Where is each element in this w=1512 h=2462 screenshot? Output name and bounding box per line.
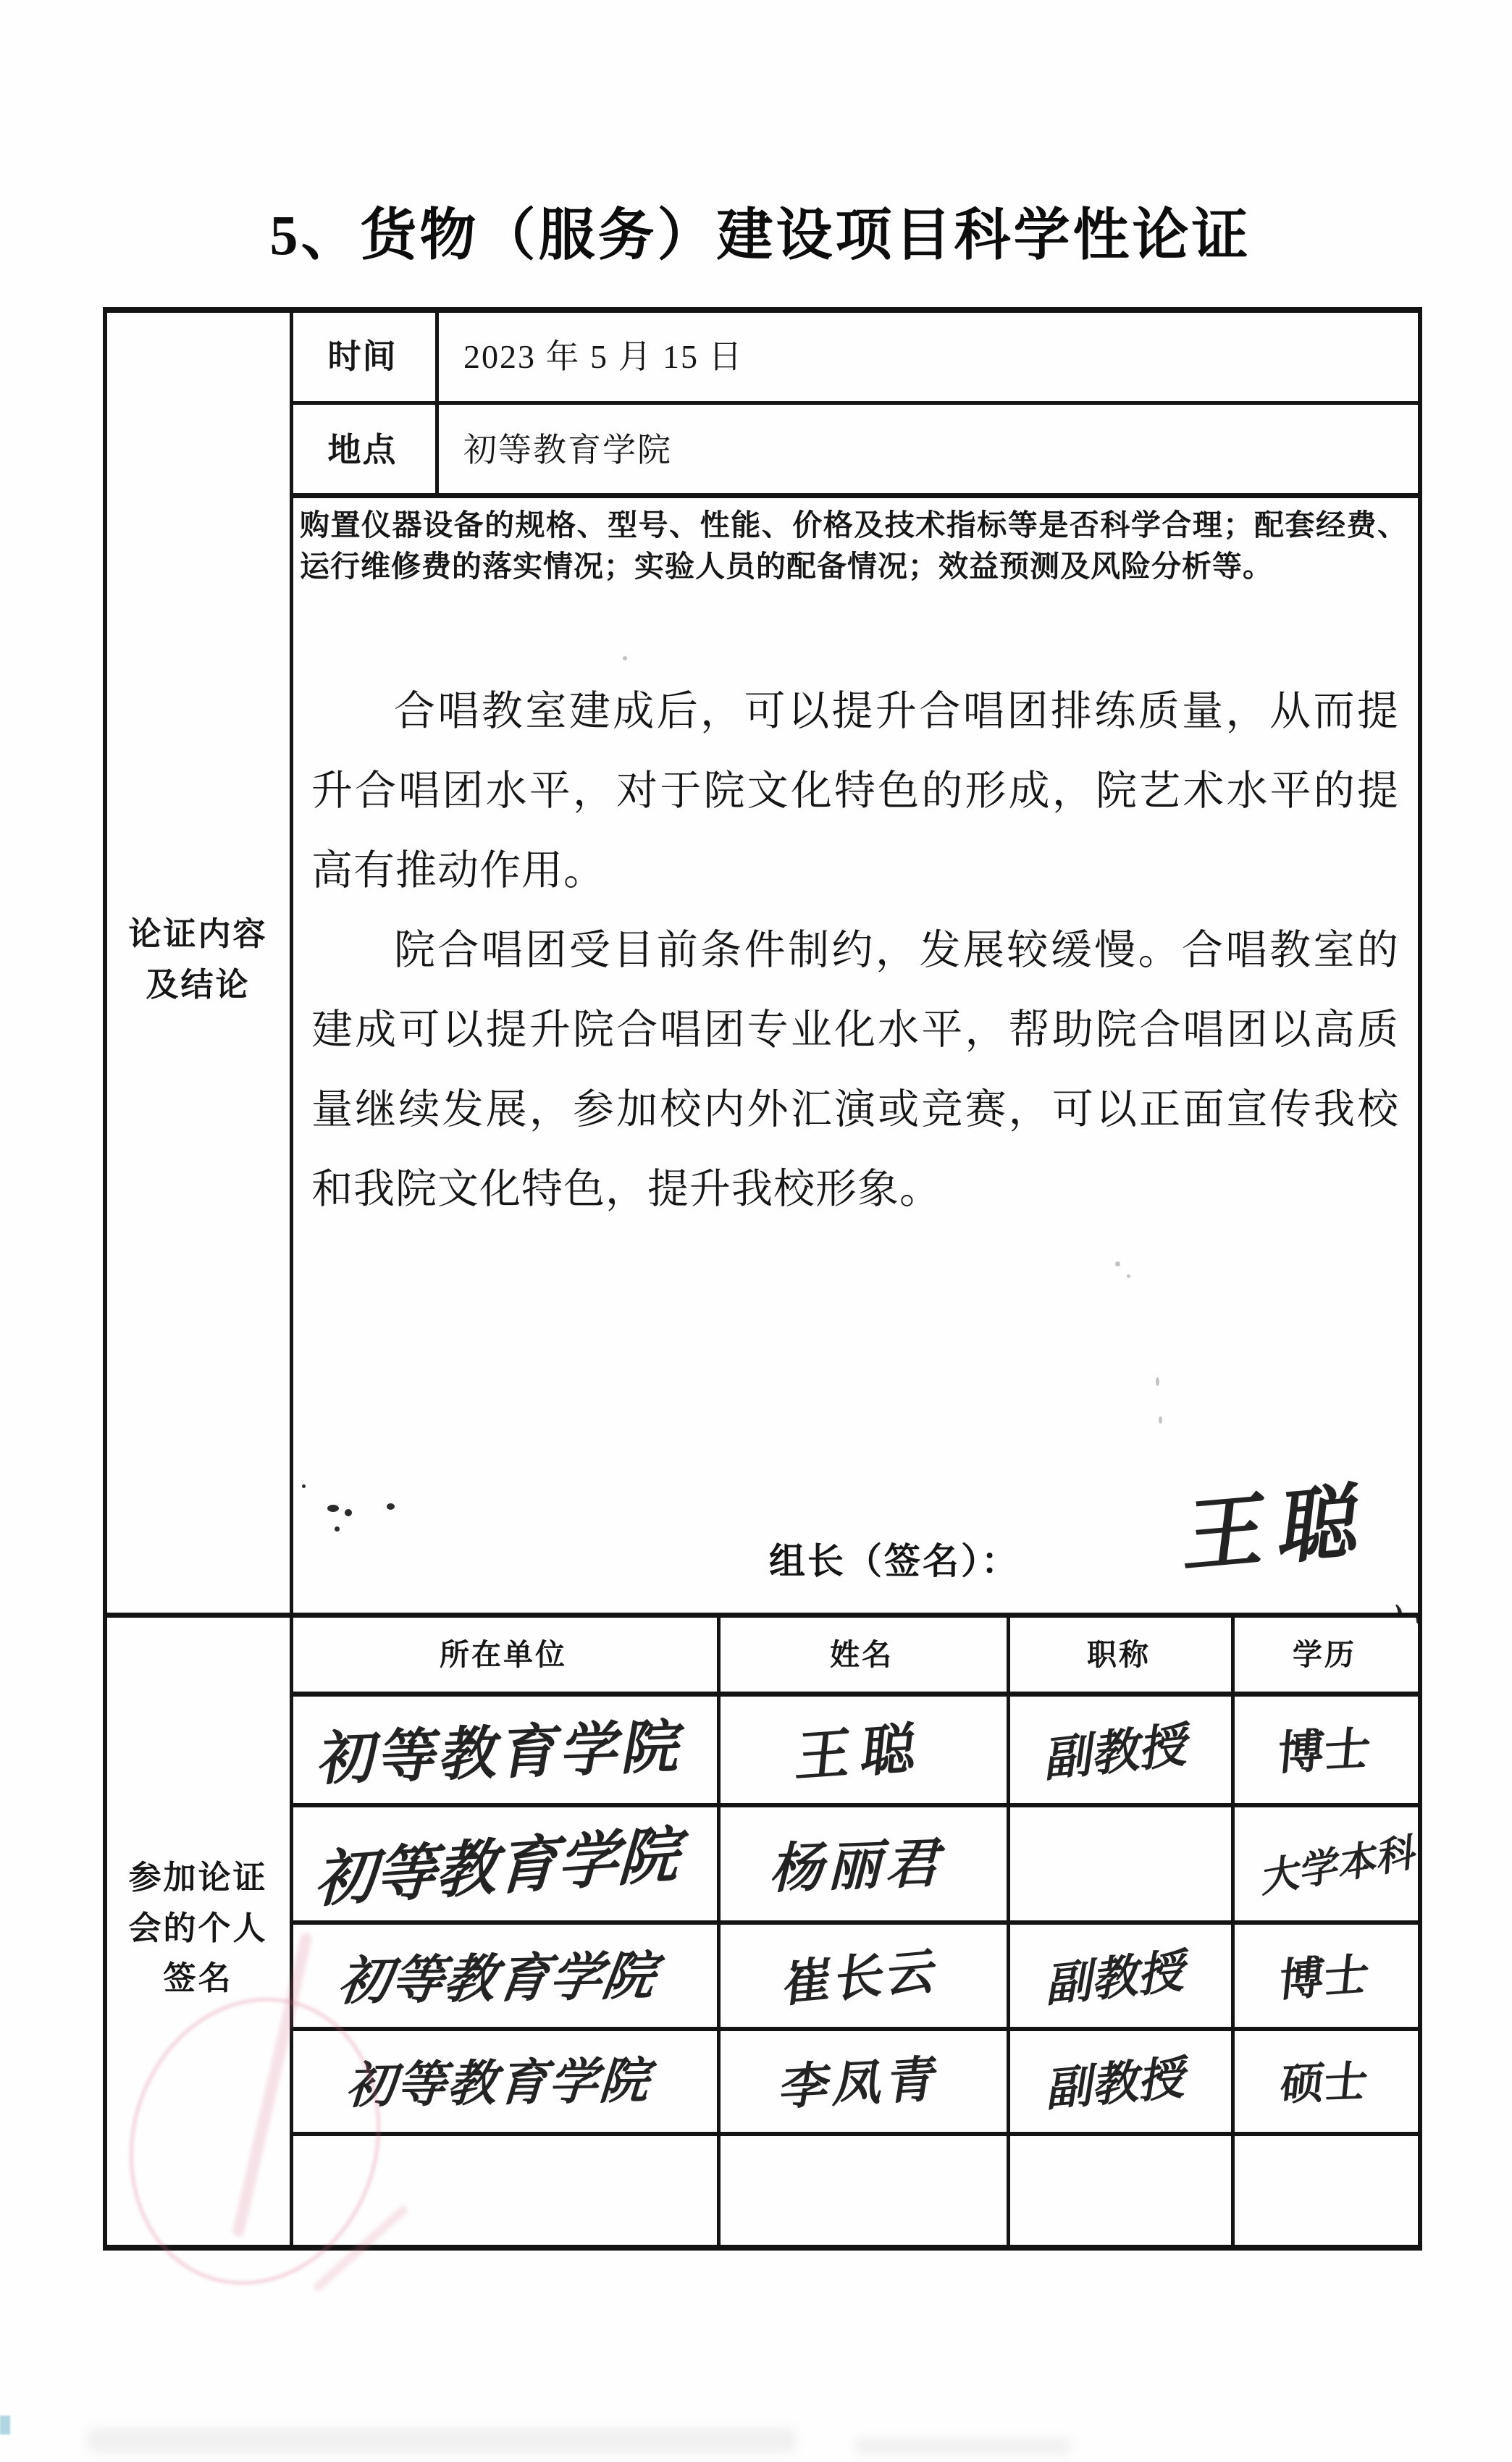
table-row-cell-name: 杨丽君 (717, 1803, 1007, 1920)
signature-degree-4: 硕士 (1277, 2046, 1371, 2112)
section-label-signatures-text: 参加论证会的个人签名 (127, 1853, 269, 2004)
ink-speck (387, 1503, 395, 1510)
place-value: 初等教育学院 (439, 401, 1418, 493)
table-row-cell-unit: 初等教育学院 (290, 1692, 717, 1803)
place-label: 地点 (290, 401, 435, 493)
time-label: 时间 (290, 307, 435, 401)
scan-mark (0, 2416, 10, 2434)
criteria-text: 购置仪器设备的规格、型号、性能、价格及技术指标等是否科学合理；配套经费、运行维修… (300, 505, 1408, 587)
table-row-cell-unit: 初等教育学院 (290, 1803, 717, 1920)
signature-name-2: 杨丽君 (765, 1820, 959, 1903)
signature-title-4: 副教授 (1044, 2039, 1193, 2119)
conclusion-text: 合唱教室建成后，可以提升合唱团排练质量，从而提升合唱团水平，对于院文化特色的形成… (311, 672, 1399, 1230)
signature-name-1: 王聪 (792, 1703, 931, 1792)
signature-name-4: 李凤青 (776, 2040, 947, 2119)
table-row-cell-name: 王聪 (717, 1692, 1007, 1803)
table-row-cell-degree: 博士 (1231, 1920, 1418, 2027)
column-header-name: 姓名 (717, 1613, 1007, 1692)
scan-speck (1159, 1416, 1162, 1424)
table-row-cell-title (1007, 2132, 1231, 2245)
table-border-right (1418, 307, 1422, 2251)
section-label-demonstration-text: 论证内容及结论 (127, 909, 269, 1011)
table-row-cell-name: 崔长云 (717, 1920, 1007, 2027)
scan-speck (623, 656, 627, 660)
signature-degree-2: 大学本科 (1261, 1820, 1419, 1904)
section-label-demonstration: 论证内容及结论 (106, 307, 290, 1613)
ink-speck (327, 1505, 339, 1512)
signature-unit-4: 初等教育学院 (340, 2041, 666, 2117)
page-title: 5、货物（服务）建设项目科学性论证 (103, 190, 1418, 271)
scan-speck (1115, 1261, 1120, 1266)
time-value: 2023 年 5 月 15 日 (439, 307, 1418, 401)
scanned-form-page: 5、货物（服务）建设项目科学性论证 时间 2023 年 5 月 15 日 地点 … (0, 0, 1512, 2462)
column-header-degree: 学历 (1231, 1613, 1418, 1692)
table-row-cell-title: 副教授 (1007, 1692, 1231, 1803)
ink-speck (302, 1484, 306, 1488)
table-row-cell-degree (1231, 2132, 1418, 2245)
demonstration-content-cell: 购置仪器设备的规格、型号、性能、价格及技术指标等是否科学合理；配套经费、运行维修… (290, 493, 1418, 1613)
signature-unit-3: 初等教育学院 (330, 1933, 676, 2014)
scan-shadow (854, 2437, 1072, 2455)
ink-speck (335, 1526, 340, 1532)
ink-speck (345, 1509, 352, 1516)
scan-shadow (87, 2427, 797, 2453)
column-header-unit: 所在单位 (290, 1613, 717, 1692)
leader-signature-label: 组长（签名）： (769, 1532, 1020, 1584)
table-row-cell-degree: 硕士 (1231, 2027, 1418, 2132)
table-row-cell-title (1007, 1803, 1231, 1920)
scan-speck (1127, 1274, 1130, 1278)
conclusion-paragraph-1: 合唱教室建成后，可以提升合唱团排练质量，从而提升合唱团水平，对于院文化特色的形成… (311, 672, 1399, 911)
scan-speck (1156, 1377, 1159, 1386)
table-row-cell-name: 李凤青 (717, 2027, 1007, 2132)
table-row-cell-name (717, 2132, 1007, 2245)
signature-unit-2: 初等教育学院 (308, 1805, 698, 1920)
signature-degree-3: 博士 (1276, 1938, 1372, 2009)
table-row-cell-degree: 博士 (1231, 1692, 1418, 1803)
leader-signature-handwriting: 王聪 (1179, 1454, 1381, 1589)
table-row-cell-title: 副教授 (1007, 1920, 1231, 2027)
table-row-cell-unit: 初等教育学院 (290, 1920, 717, 2027)
signature-title-1: 副教授 (1043, 1705, 1196, 1790)
signature-degree-1: 博士 (1275, 1711, 1374, 1783)
column-header-title: 职称 (1007, 1613, 1231, 1692)
table-row-cell-title: 副教授 (1007, 2027, 1231, 2132)
signature-unit-1: 初等教育学院 (314, 1699, 693, 1795)
conclusion-paragraph-2: 院合唱团受目前条件制约，发展较缓慢。合唱教室的建成可以提升院合唱团专业化水平，帮… (311, 911, 1399, 1230)
table-row-cell-degree: 大学本科 (1231, 1803, 1418, 1920)
signature-name-3: 崔长云 (779, 1931, 944, 2016)
signature-title-3: 副教授 (1043, 1932, 1194, 2014)
